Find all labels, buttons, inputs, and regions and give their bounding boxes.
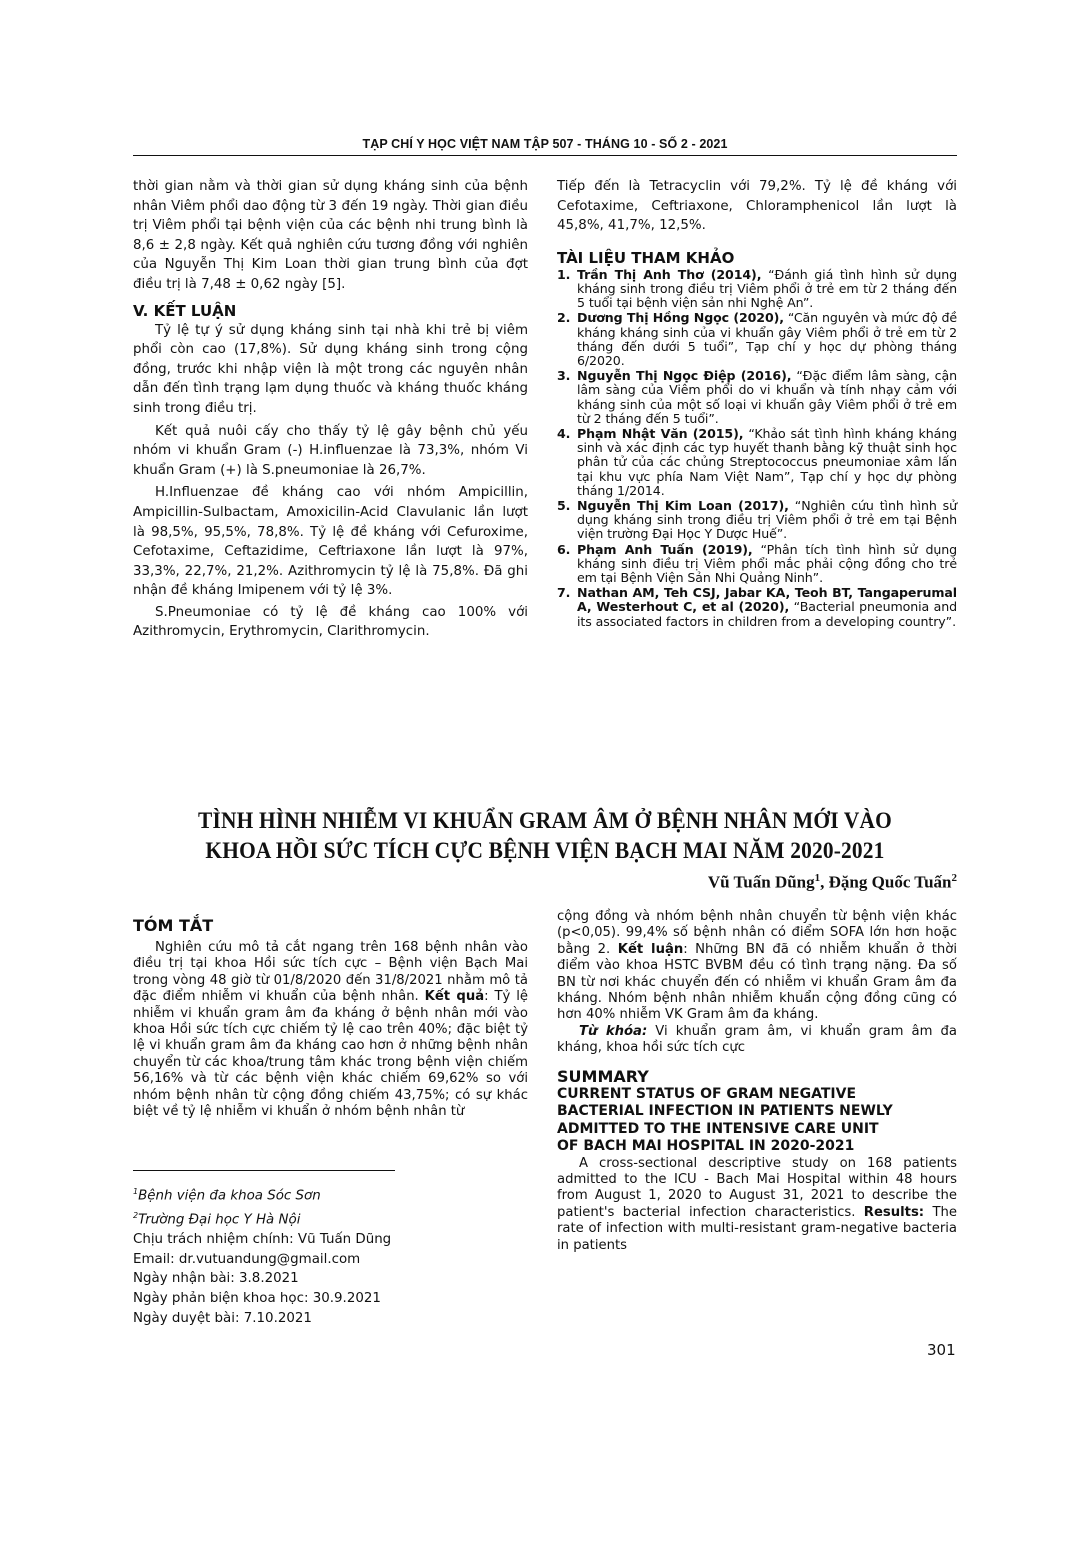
reference-item: 6. Phạm Anh Tuấn (2019), “Phân tích tình… [557, 543, 957, 586]
reference-item: 7. Nathan AM, Teh CSJ, Jabar KA, Teoh BT… [557, 586, 957, 629]
summary-results-label: Results: [864, 1205, 924, 1220]
keywords: Từ khóa: Vi khuẩn gram âm, vi khuẩn gram… [557, 1024, 957, 1057]
keywords-label: Từ khóa: [579, 1024, 647, 1039]
prev-right-para-1: Tiếp đến là Tetracyclin với 79,2%. Tỷ lệ… [557, 177, 957, 236]
reference-author: Trần Thị Anh Thơ (2014), [577, 267, 761, 282]
article-title: TÌNH HÌNH NHIỄM VI KHUẨN GRAM ÂM Ở BỆNH … [159, 806, 931, 866]
page-number: 301 [927, 1341, 956, 1359]
footnote-divider [133, 1170, 395, 1171]
author-list: Vũ Tuấn Dũng1, Đặng Quốc Tuấn2 [708, 872, 957, 893]
date-accepted: Ngày duyệt bài: 7.10.2021 [133, 1309, 533, 1329]
reference-author: Phạm Nhật Văn (2015), [577, 426, 743, 441]
abstract-heading: TÓM TẮT [133, 916, 528, 936]
running-header: TẠP CHÍ Y HỌC VIỆT NAM TẬP 507 - THÁNG 1… [133, 137, 957, 156]
reference-number: 4. [557, 427, 577, 498]
article-title-line-1: TÌNH HÌNH NHIỄM VI KHUẨN GRAM ÂM Ở BỆNH … [159, 806, 931, 836]
affiliation-2: 2Trường Đại học Y Hà Nội [133, 1206, 533, 1230]
author-name: Đặng Quốc Tuấn [829, 873, 952, 892]
references-heading: TÀI LIỆU THAM KHẢO [557, 248, 957, 268]
abstract-left-column: TÓM TẮT Nghiên cứu mô tả cắt ngang trên … [133, 912, 528, 1120]
english-title-line: OF BACH MAI HOSPITAL IN 2020-2021 [557, 1138, 957, 1156]
reference-author: Phạm Anh Tuấn (2019), [577, 542, 753, 557]
summary-text: A cross-sectional descriptive study on 1… [557, 1156, 957, 1254]
corresponding-author: Chịu trách nhiệm chính: Vũ Tuấn Dũng [133, 1230, 533, 1250]
abstract-right-column: cộng đồng và nhóm bệnh nhân chuyển từ bệ… [557, 909, 957, 1254]
reference-author: Nguyễn Thị Ngọc Điệp (2016), [577, 368, 791, 383]
article-title-line-2: KHOA HỒI SỨC TÍCH CỰC BỆNH VIỆN BẠCH MAI… [159, 836, 931, 866]
footnotes: 1Bệnh viện đa khoa Sóc Sơn 2Trường Đại h… [133, 1182, 533, 1328]
reference-number: 3. [557, 369, 577, 426]
section-heading-conclusion: V. KẾT LUẬN [133, 301, 528, 321]
results-text: : Tỷ lệ nhiễm vi khuẩn gram âm đa kháng … [133, 989, 528, 1119]
reference-item: 4. Phạm Nhật Văn (2015), “Khảo sát tình … [557, 427, 957, 498]
reference-item: 1. Trần Thị Anh Thơ (2014), “Đánh giá tì… [557, 268, 957, 311]
prev-para-1: thời gian nằm và thời gian sử dụng kháng… [133, 177, 528, 295]
reference-author: Dương Thị Hồng Ngọc (2020), [577, 310, 784, 325]
prev-para-4: H.Influenzae đề kháng cao với nhóm Ampic… [133, 483, 528, 601]
prev-para-2: Tỷ lệ tự ý sử dụng kháng sinh tại nhà kh… [133, 321, 528, 419]
reference-item: 3. Nguyễn Thị Ngọc Điệp (2016), “Đặc điể… [557, 369, 957, 426]
author-affiliation-mark: 2 [952, 872, 958, 884]
abstract-text: Nghiên cứu mô tả cắt ngang trên 168 bệnh… [133, 940, 528, 1120]
author-name: Vũ Tuấn Dũng [708, 873, 815, 892]
english-title-line: BACTERIAL INFECTION IN PATIENTS NEWLY [557, 1103, 957, 1121]
prev-article-right-column: Tiếp đến là Tetracyclin với 79,2%. Tỷ lệ… [557, 177, 957, 630]
reference-number: 6. [557, 543, 577, 586]
references-list: 1. Trần Thị Anh Thơ (2014), “Đánh giá tì… [557, 268, 957, 629]
english-title: CURRENT STATUS OF GRAM NEGATIVE BACTERIA… [557, 1086, 957, 1156]
reference-number: 5. [557, 499, 577, 542]
reference-number: 2. [557, 311, 577, 368]
conclusion-label: Kết luận [618, 942, 684, 957]
abstract-continued: cộng đồng và nhóm bệnh nhân chuyển từ bệ… [557, 909, 957, 1024]
email: Email: dr.vutuandung@gmail.com [133, 1250, 533, 1270]
reference-number: 1. [557, 268, 577, 311]
prev-para-5: S.Pneumoniae có tỷ lệ đề kháng cao 100% … [133, 603, 528, 642]
reference-number: 7. [557, 586, 577, 629]
date-reviewed: Ngày phản biện khoa học: 30.9.2021 [133, 1289, 533, 1309]
summary-heading: SUMMARY [557, 1067, 957, 1086]
english-title-line: ADMITTED TO THE INTENSIVE CARE UNIT [557, 1121, 957, 1139]
prev-para-3: Kết quả nuôi cấy cho thấy tỷ lệ gây bệnh… [133, 422, 528, 481]
reference-item: 2. Dương Thị Hồng Ngọc (2020), “Căn nguy… [557, 311, 957, 368]
reference-item: 5. Nguyễn Thị Kim Loan (2017), “Nghiên c… [557, 499, 957, 542]
english-title-line: CURRENT STATUS OF GRAM NEGATIVE [557, 1086, 957, 1104]
author-separator: , [820, 873, 829, 892]
prev-article-left-column: thời gian nằm và thời gian sử dụng kháng… [133, 177, 528, 642]
affiliation-name: Bệnh viện đa khoa Sóc Sơn [138, 1188, 321, 1203]
affiliation-1: 1Bệnh viện đa khoa Sóc Sơn [133, 1182, 533, 1206]
date-received: Ngày nhận bài: 3.8.2021 [133, 1269, 533, 1289]
results-label: Kết quả [425, 989, 484, 1004]
reference-author: Nguyễn Thị Kim Loan (2017), [577, 498, 789, 513]
affiliation-name: Trường Đại học Y Hà Nội [138, 1213, 300, 1228]
